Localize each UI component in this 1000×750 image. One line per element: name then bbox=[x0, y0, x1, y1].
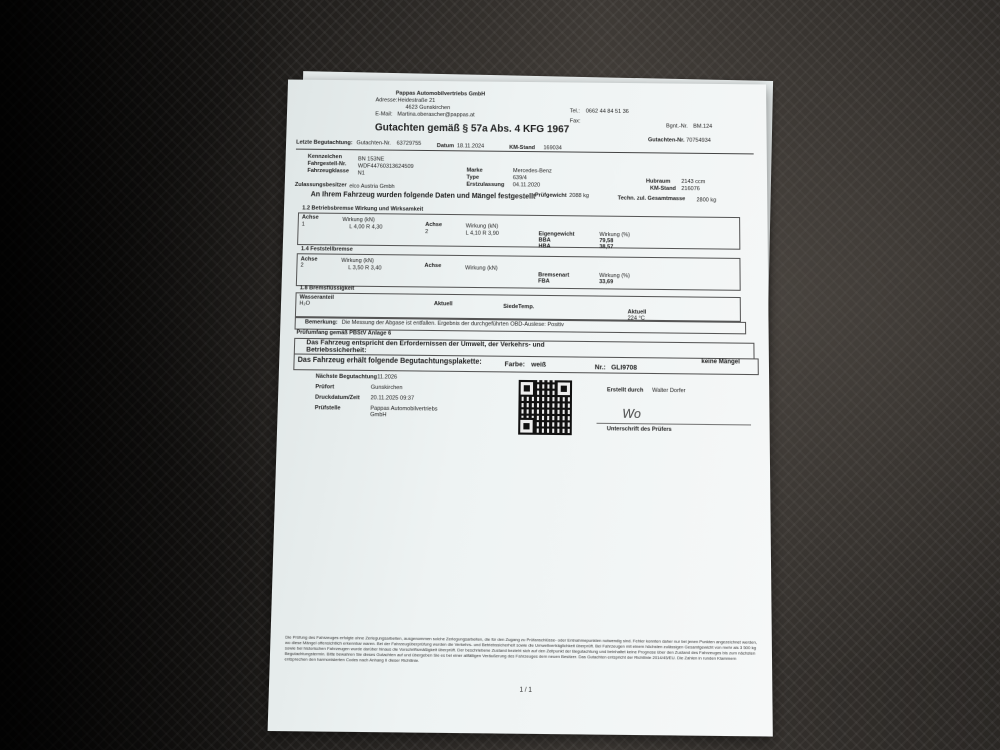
company-name: Pappas Automobilvertriebs GmbH bbox=[396, 91, 486, 98]
plakette-number: GLI9708 bbox=[611, 364, 637, 372]
company-email: Martina.oberascher@pappas.at bbox=[397, 112, 474, 119]
scope: Prüfumfang gemäß PBStV Anlage 6 bbox=[296, 330, 391, 337]
result-no-defects: keine Mängel bbox=[701, 359, 740, 366]
signature: Wo bbox=[622, 406, 641, 421]
findings-heading: An Ihrem Fahrzeug wurden folgende Daten … bbox=[311, 191, 536, 200]
shadow bbox=[0, 0, 300, 750]
document-title: Gutachten gemäß § 57a Abs. 4 KFG 1967 bbox=[375, 122, 570, 135]
fine-print: Die Prüfung des Fahrzeuges erfolgte ohne… bbox=[284, 634, 757, 667]
company-address: Heidestraße 21 bbox=[398, 98, 436, 104]
qr-code bbox=[518, 380, 572, 435]
plakette-color: weiß bbox=[531, 361, 546, 368]
page-number: 1 / 1 bbox=[520, 687, 532, 694]
gutachten-nr: 70754934 bbox=[686, 138, 711, 144]
inspection-report-document: Pappas Automobilvertriebs GmbH Adresse: … bbox=[268, 80, 773, 737]
